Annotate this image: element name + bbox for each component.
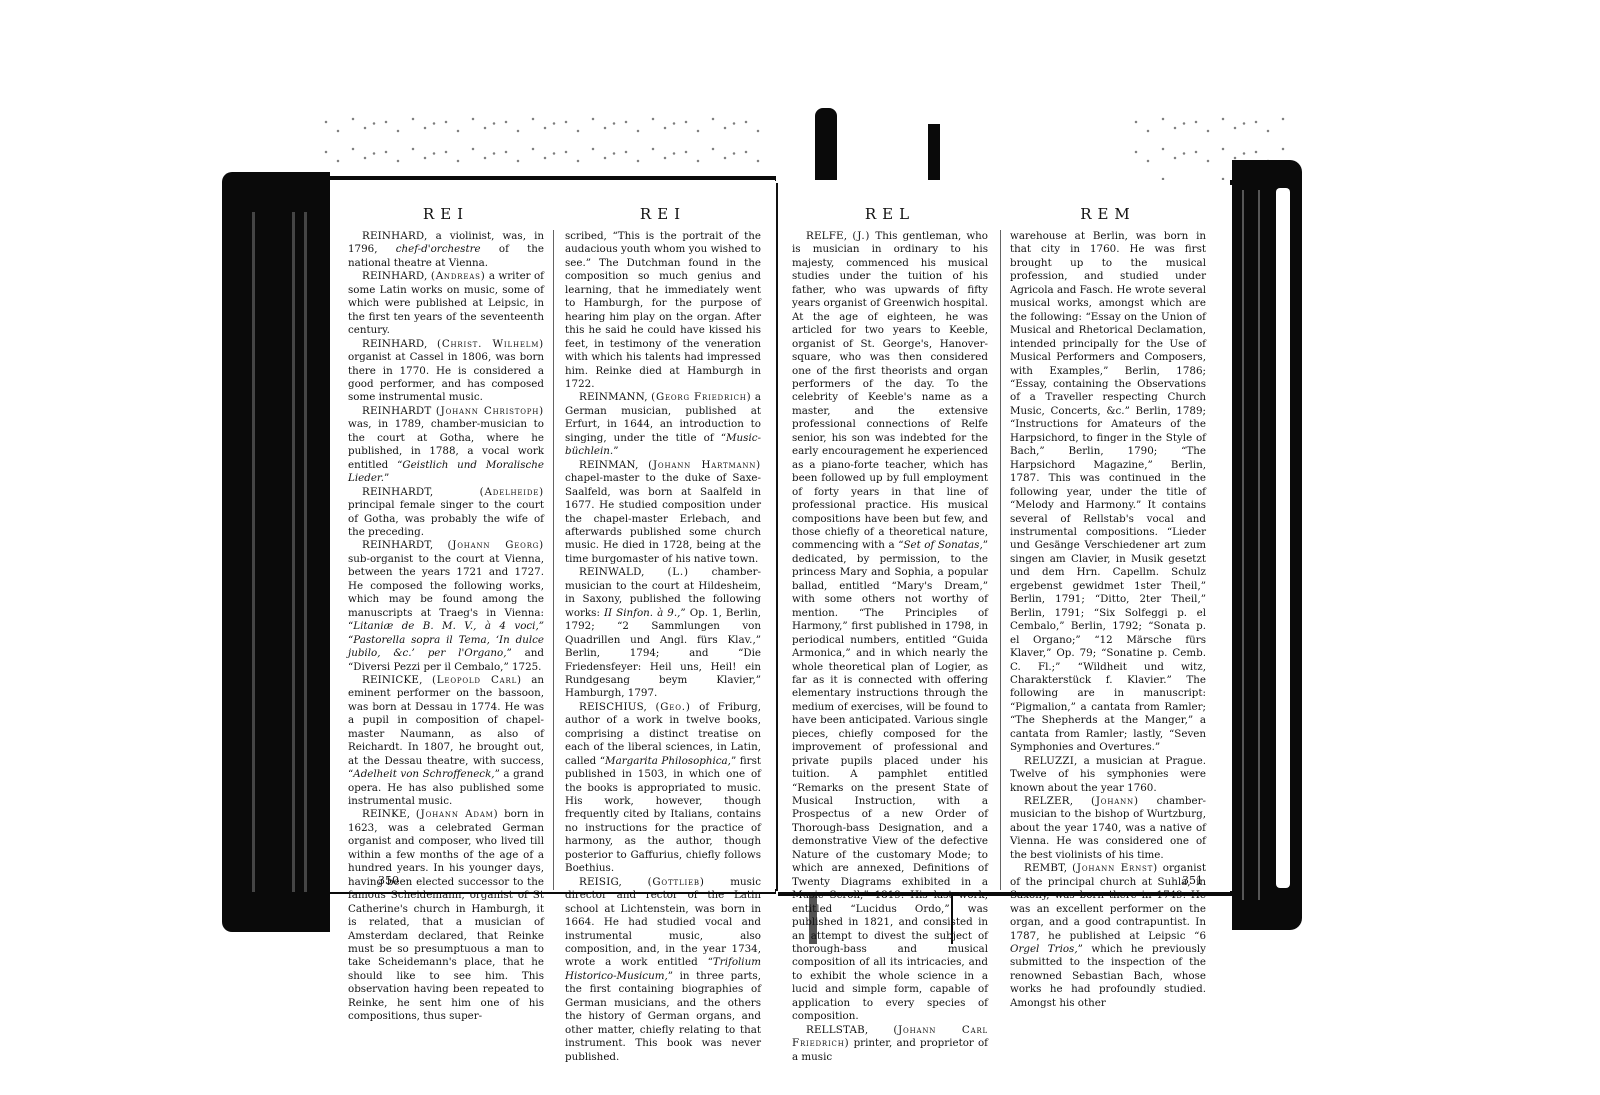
dictionary-entry: REINMAN, (Johann Hartmann) chapel-master…: [565, 459, 761, 567]
scanned-book-spread: REI REINHARD, a violinist, was, in 1796,…: [0, 0, 1600, 1095]
dictionary-entry: REINWALD, (L.) chamber-musician to the c…: [565, 566, 761, 701]
dictionary-entry: RELZER, (Johann) chamber-musician to the…: [1010, 795, 1206, 862]
running-head: REL: [792, 208, 988, 226]
right-page: REL RELFE, (J.) This gentleman, who is m…: [778, 180, 1230, 892]
dictionary-entry: REINICKE, (Leopold Carl) an eminent perf…: [348, 674, 544, 809]
dictionary-entry: REINHARD, (Christ. Wilhelm) organist at …: [348, 338, 544, 405]
dictionary-entry: REISIG, (Gottlieb) music director and re…: [565, 876, 761, 1064]
dictionary-entry: REINHARDT, (Johann Georg) sub-organist t…: [348, 539, 544, 674]
bookmark-tab: [815, 108, 837, 184]
bookmark-tab: [928, 124, 940, 184]
running-head: REM: [1010, 208, 1206, 226]
dictionary-entry: REINMANN, (Georg Friedrich) a German mus…: [565, 391, 761, 458]
running-head: REI: [565, 208, 761, 226]
dictionary-entry: REMBT, (Johann Ernst) organist of the pr…: [1010, 862, 1206, 1010]
left-book-cover: [222, 172, 330, 932]
dictionary-entry: REISCHIUS, (Geo.) of Friburg, author of …: [565, 701, 761, 876]
running-head: REI: [348, 208, 544, 226]
page-number: 351: [1182, 874, 1203, 887]
entry-continuation: scribed, “This is the portrait of the au…: [565, 230, 761, 391]
column-2: REM warehouse at Berlin, was born in tha…: [1010, 208, 1206, 1010]
dictionary-entry: RELUZZI, a musician at Prague. Twelve of…: [1010, 755, 1206, 795]
dictionary-entry: REINHARDT (Johann Christoph) was, in 178…: [348, 405, 544, 486]
column-2: REI scribed, “This is the portrait of th…: [565, 208, 761, 1064]
dictionary-entry: REINKE, (Johann Adam) born in 1623, was …: [348, 808, 544, 1023]
column-rule: [553, 230, 554, 890]
dictionary-entry: RELLSTAB, (Johann Carl Friedrich) printe…: [792, 1024, 988, 1064]
dictionary-entry: REINHARDT, (Adelheide) principal female …: [348, 486, 544, 540]
dictionary-entry: RELFE, (J.) This gentleman, who is music…: [792, 230, 988, 1024]
page-number: 350: [378, 874, 399, 887]
column-1: REI REINHARD, a violinist, was, in 1796,…: [348, 208, 544, 1024]
column-rule: [1000, 230, 1001, 890]
right-book-cover: [1232, 160, 1302, 930]
scan-noise: [320, 110, 760, 180]
left-page: REI REINHARD, a violinist, was, in 1796,…: [330, 180, 775, 892]
entry-continuation: warehouse at Berlin, was born in that ci…: [1010, 230, 1206, 755]
dictionary-entry: REINHARD, a violinist, was, in 1796, che…: [348, 230, 544, 270]
entry-list: REINHARD, a violinist, was, in 1796, che…: [348, 230, 544, 1024]
dictionary-entry: REINHARD, (Andreas) a writer of some Lat…: [348, 270, 544, 337]
column-1: REL RELFE, (J.) This gentleman, who is m…: [792, 208, 988, 1064]
